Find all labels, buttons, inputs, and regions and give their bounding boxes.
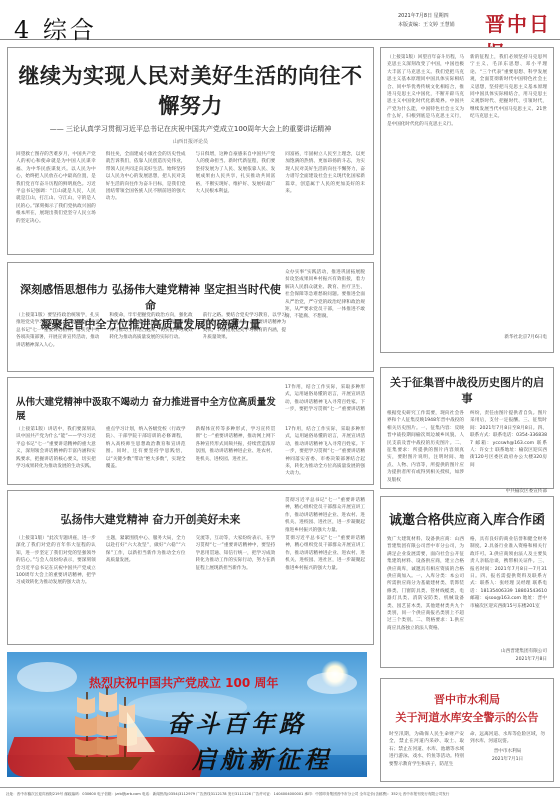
article-right-col: 新的征程上，我们必须坚持马克思列宁主义、毛泽东思想、邓小平理论、“三个代表”重要… [470,54,547,334]
notice-2-sign-date: 2021年7月8日 [387,656,547,664]
banner-slogan: 热烈庆祝中国共产党成立 100 周年 [89,674,278,691]
article-lead-col: 同富裕，牢固树立人民至上理念，以更加饱满的热情、更加昂扬的斗志，为实现人民对美好… [285,151,365,277]
banner-line-2: 启航新征程 [192,740,332,775]
article-3-body: （上接第1版）讲话中，我们要深刻认识中国共产党为什么“能”——学习习近平总书记“… [16,426,365,488]
notice-1-title: 关于征集晋中战役历史图片的启事 [387,374,547,406]
notice-2-col: 致广大建筑材料、设备供应商：山西晋建集团有限公司晋中市分公司，为满足企业发展需要… [387,536,464,648]
notice-3-sign-org: 晋中市水利局 [470,748,545,756]
article-4: 弘扬伟大建党精神 奋力开创美好未来 贯彻习近平总书记“七一”重要讲话精神，精心组… [7,490,374,645]
notice-3-title-2: 关于河道水库安全警示的公告 [389,709,545,725]
article-lead-body: 回望救亡图存的苦难岁月，中国共产党人的初心和使命就是为中国人民谋幸福、为中华民族… [16,151,365,277]
notice-3-col: 时至汛期，为确保人民生命财产安全，禁止在河道内采砂、取土、取石；禁止在河道、水库… [389,731,464,771]
cloud-graphic [307,672,357,694]
banner-line-1: 奋斗百年路 [167,704,307,739]
article-2-title-1: 深刻感悟思想伟力 弘扬伟大建党精神 坚定担当时代使命 [16,281,285,313]
sailing-ship-icon [47,682,157,772]
notice-3-sign-date: 2021年7月1日 [470,756,545,764]
article-lead-subtitle: —— 三论认真学习贯彻习近平总书记在庆祝中国共产党成立100周年大会上的重要讲话… [16,124,365,134]
page-header: 4 综合 2021年7月8日 星期四 本版责编：王文婷 王慧娟 晋中日报 [0,0,560,40]
article-4-col: （上接第1版）“此次专题讲座，进一步深化了我们对党的百年伟大征程的认知，进一步坚… [16,535,96,637]
article-2-col-side: 众办实事”实践活动，推进巩固拓展脱贫攻坚成果同乡村振兴有效衔接，着力解决人民群众… [285,269,365,364]
notice-2-body: 致广大建筑材料、设备供应商：山西晋建集团有限公司晋中市分公司，为满足企业发展需要… [387,536,547,648]
notice-photo-collection: 关于征集晋中战役历史图片的启事 根据党史研究工作需要，现向社会各界和个人征集反映… [380,367,554,489]
notice-2-col: 格，具有良好的商业信誉和健全财务制度。2.具备行业准入资格和相关行政许可。3.供… [470,536,547,648]
article-2: 深刻感悟思想伟力 弘扬伟大建党精神 坚定担当时代使命 凝聚起晋中全方位推进高质量… [7,262,374,372]
article-4-body: （上接第1版）“此次专题讲座，进一步深化了我们对党的百年伟大征程的认知，进一步坚… [16,535,365,637]
editors: 本版责编：王文婷 王慧娟 [398,21,455,30]
article-3-col-side: 17作用，结合工作实际，采取多种形式，运用通俗易懂的语言，开展宣讲活动，推动讲话… [285,384,365,414]
article-lead-byline: 山西日报评论员 [16,138,365,145]
notice-1-col: 纠纷，责任由图片提供者自负。图片采用后，支付一定报酬。三、征集时间：2021年7… [470,410,547,488]
article-lead-title: 继续为实现人民对美好生活的向往不懈努力 [16,60,365,120]
article-4-col: 贯彻习近平总书记“七一”重要讲话精神，精心组织党员干部群众开展宣讲工作，推动讲话… [285,535,365,637]
celebration-banner: 热烈庆祝中国共产党成立 100 周年 奋斗百年路 启航新征程 [7,652,367,777]
notice-1-sign-org: 中共榆次区委宣传部 [387,488,547,496]
section-name: 综合 [43,16,97,44]
article-4-col: 交流等，互动等，大家纷纷表示，在学习贯彻“七一”重要讲话精神中，要坚持学思用贯通… [196,535,276,637]
article-3-col: 17作用，结合工作实际，采取多种形式，运用通俗易懂的语言，开展宣讲活动，推动讲话… [285,426,365,488]
article-3: 从伟大建党精神中汲取不竭动力 奋力推进晋中全方位高质量发展 17作用，结合工作实… [7,377,374,485]
article-2-body: （上接第1版）要坚持政治统领学，扎实推进党史学习教育，深入学习领会习近平总书记“… [16,312,286,367]
article-3-title: 从伟大建党精神中汲取不竭动力 奋力推进晋中全方位高质量发展 [16,394,285,422]
notice-3-col: 命、远离河道、水库等危险区域，勿到水库、河道玩耍。 [470,731,545,746]
article-right-body: （上接第1版）回望百年奋斗历程，马克思主义深刻改变了中国，中国也极大丰富了马克思… [387,54,547,334]
article-3-col: 新媒体宣传等多种形式，学习宣传贯彻“七一”重要讲话精神，推动网上网下各种宣传形式… [196,426,276,488]
page-number: 4 [14,16,32,44]
article-2-col: （上接第1版）要坚持政治统领学，扎实推进党史学习教育，深入学习领会习近平总书记“… [16,312,99,367]
notice-1-body: 根据党史研究工作需要，现向社会各界和个人征集反映1948年晋中战役的相关历史图片… [387,410,547,488]
issue-meta: 2021年7月8日 星期四 本版责编：王文婷 王慧娟 [398,12,455,30]
issue-date: 2021年7月8日 星期四 [398,12,455,21]
article-right: （上接第1版）回望百年奋斗历程，马克思主义深刻改变了中国，中国也极大丰富了马克思… [380,47,554,353]
page-footer: 社址：晋中市榆次区迎宾西街219号 邮政编码：030600 电子信箱：jzrb@… [0,787,560,801]
article-4-title: 弘扬伟大建党精神 奋力开创美好未来 [16,511,285,527]
notice-2-sign-org: 山西晋建集团有限公司 [387,648,547,656]
article-3-col: （上接第1版）讲话中，我们要深刻认识中国共产党为什么“能”——学习习近平总书记“… [16,426,96,488]
article-right-sign: 新华社北京7月6日电 [387,334,547,342]
notice-supplier: 诚邀合格供应商入库合作函 致广大建筑材料、设备供应商：山西晋建集团有限公司晋中市… [380,496,554,668]
article-lead: 继续为实现人民对美好生活的向往不懈努力 —— 三论认真学习贯彻习近平总书记在庆祝… [7,47,374,255]
article-2-col: 和使命，牢牢把握党的政治方向，强化政治担当。要把学习贯彻“七一”重要讲话精神与推… [109,312,192,367]
article-right-col: （上接第1版）回望百年奋斗历程，马克思主义深刻改变了中国，中国也极大丰富了马克思… [387,54,464,334]
article-4-col: 主题，紧紧围绕中心、服务大局，全力以赴打好“六大攻坚”，做好“六稳”“六保”工作… [106,535,186,637]
article-lead-col: 与日俱增，这种自豪感来自中国共产党人的使命担当。新时代新征程，我们要坚持发展为了… [196,151,276,277]
article-2-col: 前行之路。要结合党史学习教育，以学习贯彻习近平总书记“七一”重要讲话精神为契机，… [203,312,286,367]
article-3-col: 重点学习计划，纳入各级党校（行政学院）、干部学院干部培训的必修课程，纳入高校师生… [106,426,186,488]
notice-1-col: 根据党史研究工作需要，现向社会各界和个人征集反映1948年晋中战役的相关历史图片… [387,410,464,488]
notice-3-title-1: 晋中市水利局 [389,691,545,707]
article-lead-col: 俱往矣，全面建成小康社会的历史性成就告诉我们，依靠人民创造历史伟业，带领人民共同… [106,151,186,277]
notice-2-title: 诚邀合格供应商入库合作函 [387,509,547,528]
notice-3-body: 时至汛期，为确保人民生命财产安全，禁止在河道内采砂、取土、取石；禁止在河道、水库… [389,731,545,771]
notice-water-safety: 晋中市水利局 关于河道水库安全警示的公告 时至汛期，为确保人民生命财产安全，禁止… [380,678,554,782]
article-4-col-side: 贯彻习近平总书记“七一”重要讲话精神，精心组织党员干部群众开展宣讲工作，推动讲话… [285,497,365,533]
article-lead-col: 回望救亡图存的苦难岁月，中国共产党人的初心和使命就是为中国人民谋幸福、为中华民族… [16,151,96,277]
page-number-section: 4 综合 [14,10,97,45]
